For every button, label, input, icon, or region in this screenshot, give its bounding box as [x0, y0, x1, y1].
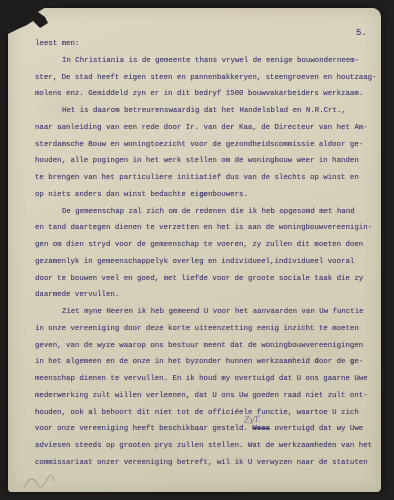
text-line: in het algemeen en de onze in het byzond… [35, 354, 379, 371]
text-line: In Christiania is de gemeente thans vryw… [35, 53, 379, 70]
text-line: houden, ook al behoort dit niet tot de o… [35, 405, 379, 422]
text-line: sterdamsche Bouw en woningtoezicht voor … [35, 137, 379, 154]
text-line: geven, van de wyze waarop ons bestuur me… [35, 338, 379, 355]
text-line: molens enz. Gemiddeld zyn er in dit bedr… [35, 86, 379, 103]
text-line: en tand daartegen dienen te verzetten en… [35, 220, 379, 237]
text-line: adviesen steeds op grooten prys zullen s… [35, 438, 379, 455]
text-line: daarmede vervullen. [35, 287, 379, 304]
text-line: houden, alle pogingen in het werk stelle… [35, 153, 379, 170]
text-line: voor onze vereeniging heeft beschikbaar … [35, 421, 379, 438]
text-line: in onze vereeniging door deze korte uite… [35, 321, 379, 338]
text-line: ster, De stad heeft eigen steen en panne… [35, 70, 379, 87]
handwritten-annotation: ZyT. [244, 414, 261, 424]
text-line: door te bouwen veel en goed, met liefde … [35, 271, 379, 288]
pencil-scribble-icon [21, 472, 57, 493]
text-line: Ziet myne Heeren ik heb gemeend U voor h… [35, 304, 379, 321]
text-line: gen om dien stryd voor de gemeenschap te… [35, 237, 379, 254]
text-line: naar aanleiding van een rede door Ir. va… [35, 120, 379, 137]
text-line: mederwerking zult willen verleenen, dat … [35, 388, 379, 405]
paper-sheet: 5. leest men:In Christiania is de gemeen… [8, 8, 381, 492]
text-line: De gemeenschap zal zich om de redenen di… [35, 204, 379, 221]
scan-background: { "colors": { "background": "#201f1d", "… [0, 0, 394, 500]
text-line: leest men: [35, 36, 379, 53]
text-line: meenschap dienen te vervullen. En ik hou… [35, 371, 379, 388]
text-line: Het is daarom betreurenswaardig dat het … [35, 103, 379, 120]
text-line: te brengen van het particuliere initiati… [35, 170, 379, 187]
text-line: gezamenlyk in gemeenschappelyk overleg e… [35, 254, 379, 271]
text-line: commissariaat onzer vereeniging betreft,… [35, 455, 379, 472]
text-line: op niets anders dan winst bedachte eigen… [35, 187, 379, 204]
typewritten-text: leest men:In Christiania is de gemeente … [35, 36, 379, 472]
